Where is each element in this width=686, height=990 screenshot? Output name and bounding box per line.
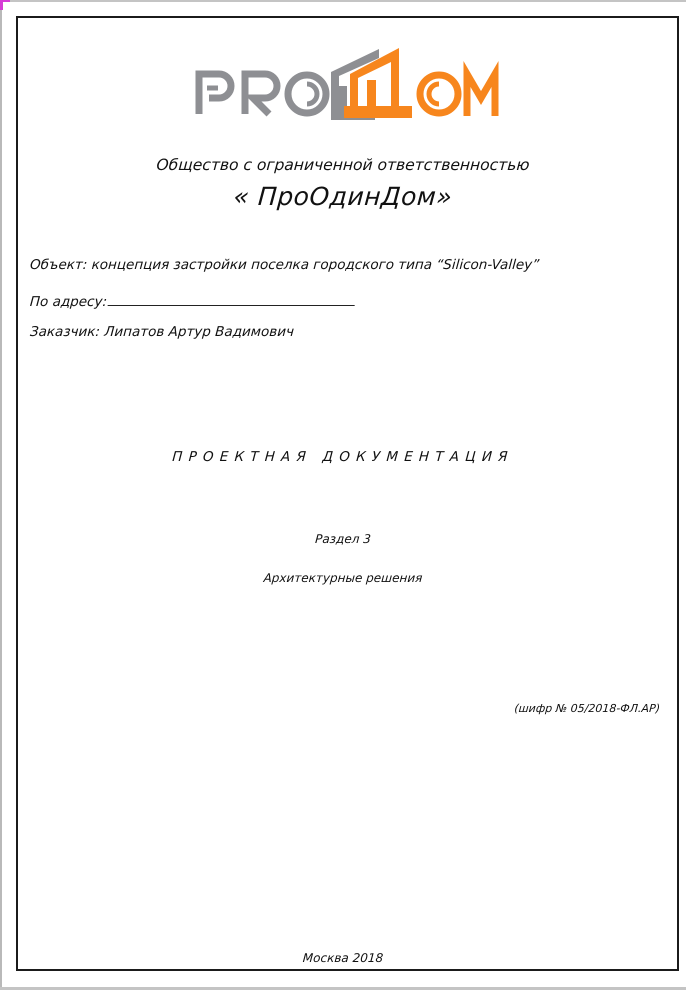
- customer-field: Заказчик: Липатов Артур Вадимович: [29, 324, 294, 340]
- city-year: Москва 2018: [0, 951, 686, 965]
- object-field: Объект: концепция застройки поселка горо…: [29, 257, 539, 273]
- logo-om-letters: [420, 74, 495, 116]
- page-edge-left: [0, 0, 2, 990]
- address-label: По адресу:: [29, 294, 107, 310]
- organization-name: « ПроОдинДом»: [0, 182, 686, 211]
- document-cipher: (шифр № 05/2018-ФЛ.АР): [500, 702, 661, 715]
- page-edge-top: [0, 0, 686, 2]
- section-name: Архитектурные решения: [0, 571, 686, 585]
- prodom-logo: [193, 44, 505, 122]
- address-field: По адресу:: [29, 291, 355, 310]
- logo-house-orange: [344, 48, 412, 118]
- document-title: ПРОЕКТНАЯ ДОКУМЕНТАЦИЯ: [0, 449, 686, 465]
- address-blank-line: [108, 291, 356, 306]
- corner-mark-horizontal: [0, 0, 10, 2]
- organization-type: Общество с ограниченной ответственностью: [0, 156, 686, 174]
- section-number: Раздел 3: [0, 532, 686, 546]
- logo-pro-letters: [199, 74, 326, 114]
